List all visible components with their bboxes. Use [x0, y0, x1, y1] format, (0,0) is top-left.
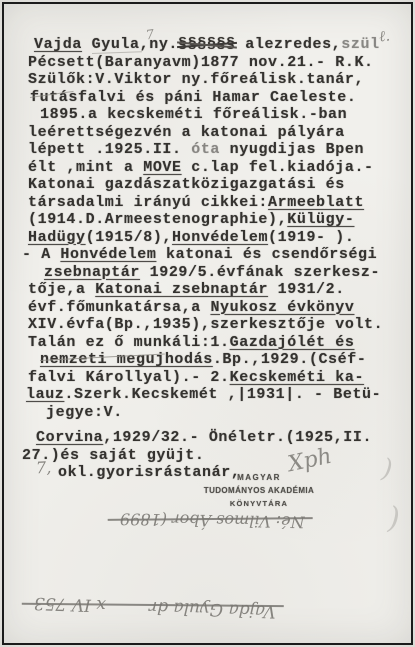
- typed-line: Talán ez ő munkáli:1.Gazdajólét és: [28, 334, 398, 352]
- typed-segment: lépett .1925.II.: [28, 141, 191, 158]
- pencil-insertion-mark: 7: [145, 28, 155, 42]
- underlined-text: Honvédelem: [172, 229, 268, 246]
- typed-line: leérettségezvén a katonai pályára: [28, 124, 398, 142]
- typed-segment: (1919- ).: [268, 229, 354, 246]
- scanned-catalog-card: Vajda Gyula,ny.§§§§§§ alezredes,szülPécs…: [0, 0, 415, 647]
- underlined-text: MOVE: [143, 159, 181, 176]
- typed-segment: (1915/8),: [86, 229, 172, 246]
- typed-line: futásfalvi és páni Hamar Caeleste.: [30, 89, 398, 107]
- pencil-note: ℓ.: [378, 28, 391, 44]
- pencil-squiggle: ): [387, 504, 400, 535]
- underlined-text: Honvédelem: [60, 246, 156, 263]
- typed-line: tője,a Katonai zsebnaptár 1931/2.: [28, 281, 398, 299]
- typed-segment: Talán ez ő munkáli:1.: [28, 334, 230, 351]
- stamp-line: KÖNYVTÁRA: [193, 497, 325, 510]
- struck-out-text: §§§§§§: [178, 36, 236, 54]
- typed-segment: alezredes,: [236, 36, 342, 53]
- stamp-line: TUDOMÁNYOS AKADÉMIA: [193, 484, 325, 497]
- typed-line: 27.)és saját gyüjt.: [22, 447, 398, 465]
- typed-line: 1895.a kecskeméti főreálisk.-ban: [40, 106, 398, 124]
- typed-line: Vajda Gyula,ny.§§§§§§ alezredes,szül: [34, 36, 398, 54]
- typed-segment: 1895.a kecskeméti főreálisk.-ban: [40, 106, 347, 123]
- underlined-text: Gazdajólét és: [230, 334, 355, 351]
- typed-segment: XIV.évfa(Bp.,1935),szerkesztője volt.: [28, 316, 383, 333]
- typed-segment: ,1929/32.- Önéletr.(1925,II.: [103, 429, 372, 446]
- typed-segment: - A: [22, 246, 60, 263]
- typed-segment: (1914.D.Armeestenographie),: [28, 211, 287, 228]
- typed-line: lépett .1925.II. óta nyugdijas Bpen: [28, 141, 398, 159]
- typed-segment: falvi Károllyal).- 2.: [28, 369, 230, 386]
- typed-segment: társadalmi irányú cikkei:: [28, 194, 268, 211]
- underlined-text: lauz: [26, 386, 64, 403]
- typed-line: élt ,mint a MOVE c.lap fel.kiadója.-: [28, 159, 398, 177]
- underlined-text: zsebnaptár: [44, 264, 140, 281]
- typed-text: Vajda Gyula,ny.§§§§§§ alezredes,szülPécs…: [28, 36, 398, 482]
- underlined-text: Kecskeméti ka-: [230, 369, 364, 386]
- pencil-note-upside-down: Vajda Gyula dr x IV 753: [34, 594, 276, 619]
- typed-line: XIV.évfa(Bp.,1935),szerkesztője volt.: [28, 316, 398, 334]
- typed-line: - A Honvédelem katonai és csendőrségi: [22, 246, 398, 264]
- underlined-text: Katonai zsebnaptár: [95, 281, 268, 298]
- pencil-note-upside-down: Né: Vilmos Ábor (1899: [120, 510, 305, 529]
- typed-line: Pécsett(Baranyavm)1877 nov.21.- R.K.: [28, 54, 398, 72]
- pencil-note: 7,: [36, 460, 52, 477]
- typed-line: zsebnaptár 1929/5.évfának szerkesz-: [44, 264, 398, 282]
- typed-segment: Szülők:V.Viktor ny.főreálisk.tanár,: [28, 71, 364, 88]
- typed-line: jegye:V.: [46, 404, 398, 422]
- underlined-text: Corvina: [36, 429, 103, 446]
- typed-line: Szülők:V.Viktor ny.főreálisk.tanár,: [28, 71, 398, 89]
- typed-line: nemzeti megujhodás.Bp.,1929.(Cséf-: [40, 351, 398, 369]
- typed-segment: .Szerk.Kecskemét ,|1931|. - Betü-: [64, 386, 381, 403]
- typed-line: (1914.D.Armeestenographie),Külügy-: [28, 211, 398, 229]
- typed-line: társadalmi irányú cikkei:Armeeblatt: [28, 194, 398, 212]
- underlined-text: Armeeblatt: [268, 194, 364, 211]
- typed-segment: élt ,mint a: [28, 159, 143, 176]
- typed-line: Corvina,1929/32.- Önéletr.(1925,II.: [36, 429, 398, 447]
- typed-segment: leérettségezvén a katonai pályára: [28, 124, 345, 141]
- underlined-text: Külügy-: [287, 211, 354, 228]
- typed-line: Hadügy(1915/8),Honvédelem(1919- ).: [28, 229, 398, 247]
- typed-segment: Pécsett(Baranyavm)1877 nov.21.- R.K.: [28, 54, 374, 71]
- typed-segment: 1931/2.: [268, 281, 345, 298]
- underlined-text: Vajda: [34, 36, 82, 53]
- library-stamp: MAGYAR TUDOMÁNYOS AKADÉMIA KÖNYVTÁRA: [193, 471, 325, 510]
- typed-line: évf.főmunkatársa,a Nyukosz évkönyv: [28, 299, 398, 317]
- typed-segment: óta: [191, 141, 220, 158]
- typed-segment: évf.főmunkatársa,a: [28, 299, 210, 316]
- typed-segment: c.lap fel.kiadója.-: [182, 159, 374, 176]
- typed-line: lauz.Szerk.Kecskemét ,|1931|. - Betü-: [26, 386, 398, 404]
- typed-segment: szül: [341, 36, 379, 53]
- typed-segment: jegye:V.: [46, 404, 123, 421]
- typed-segment: Katonai gazdászatközigazgatási és: [28, 176, 345, 193]
- typed-line: falvi Károllyal).- 2.Kecskeméti ka-: [28, 369, 398, 387]
- typed-segment: 1929/5.évfának szerkesz-: [140, 264, 380, 281]
- typed-segment: katonai és csendőrségi: [156, 246, 377, 263]
- typed-segment: nyugdijas Bpen: [220, 141, 364, 158]
- typed-line: Katonai gazdászatközigazgatási és: [28, 176, 398, 194]
- underlined-text: Hadügy: [28, 229, 86, 246]
- typed-segment: .Bp.,1929.(Cséf-: [213, 351, 367, 368]
- typed-segment: tője,a: [28, 281, 95, 298]
- underlined-text: Nyukosz évkönyv: [210, 299, 354, 316]
- typed-segment: futásfalvi és páni Hamar Caeleste.: [30, 89, 356, 106]
